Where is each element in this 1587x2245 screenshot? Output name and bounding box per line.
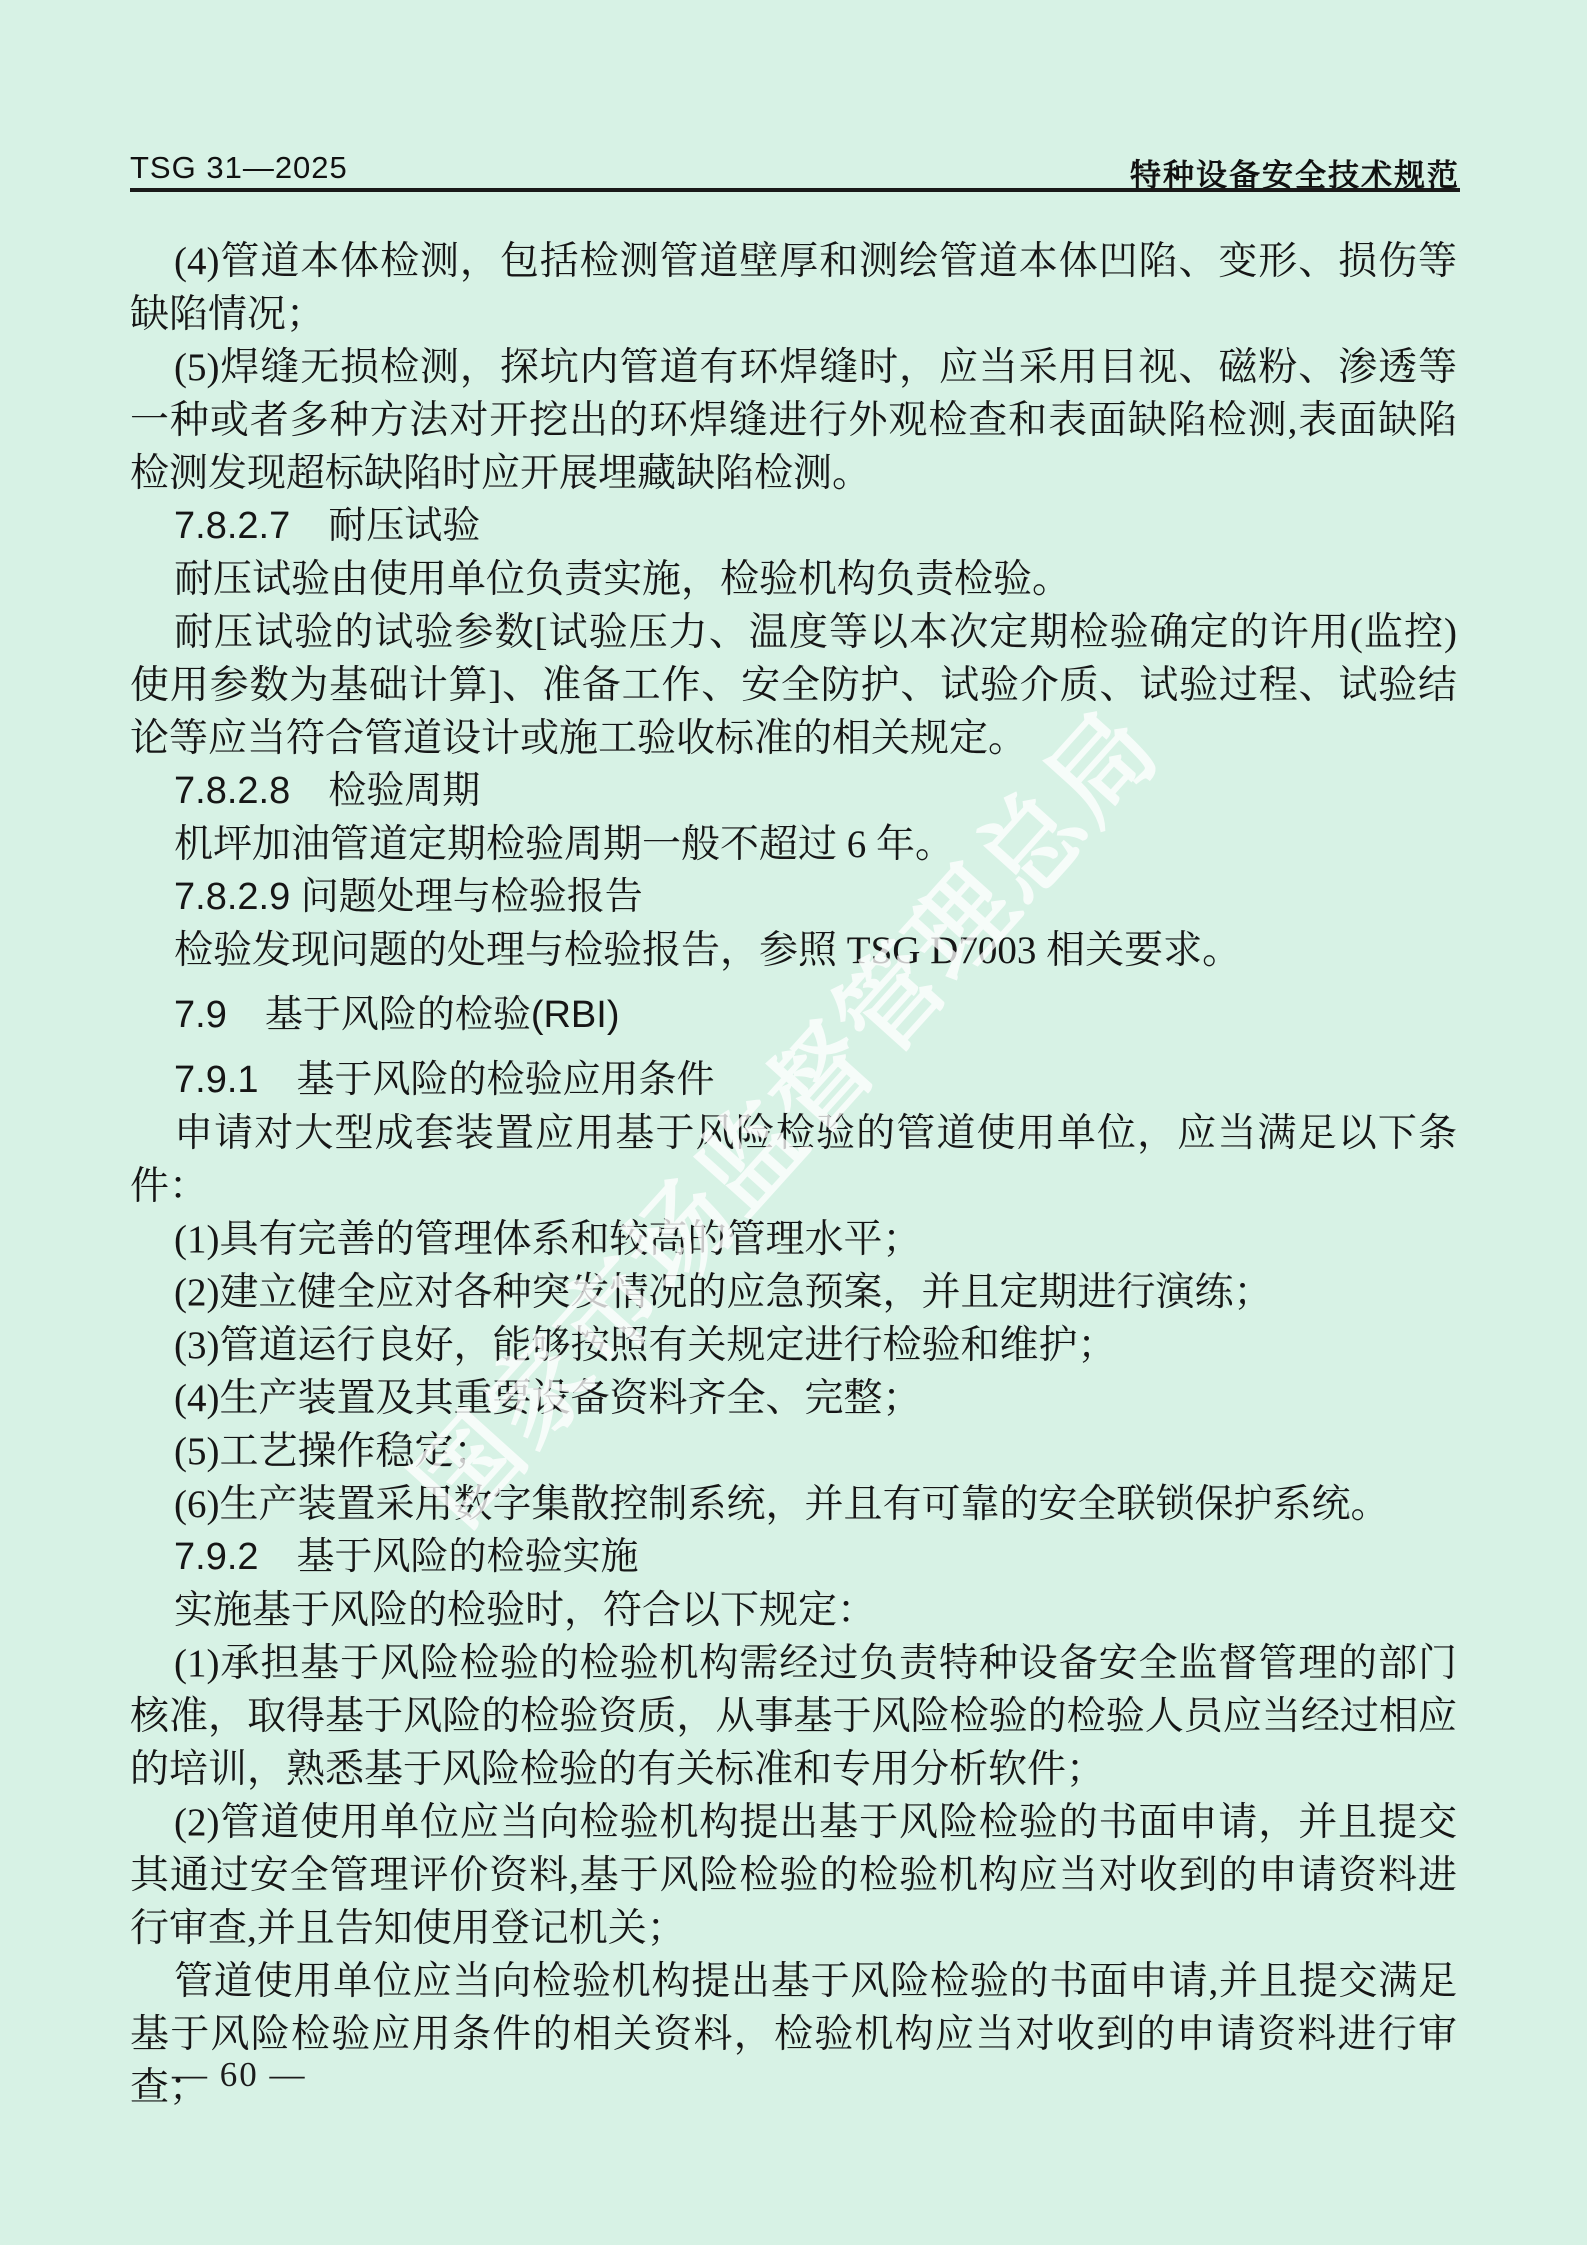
document-body: (4)管道本体检测，包括检测管道壁厚和测绘管道本体凹陷、变形、损伤等缺陷情况； … <box>130 235 1457 2114</box>
section-heading: 7.8.2.8 检验周期 <box>130 765 1457 818</box>
paragraph: (5)工艺操作稳定； <box>130 1425 1457 1478</box>
header-rule <box>130 188 1460 192</box>
paragraph: (2)建立健全应对各种突发情况的应急预案，并且定期进行演练； <box>130 1266 1457 1319</box>
section-heading: 7.8.2.9 问题处理与检验报告 <box>130 871 1457 924</box>
paragraph: 实施基于风险的检验时，符合以下规定： <box>130 1584 1457 1637</box>
paragraph: (4)生产装置及其重要设备资料齐全、完整； <box>130 1372 1457 1425</box>
paragraph: (5)焊缝无损检测，探坑内管道有环焊缝时，应当采用目视、磁粉、渗透等一种或者多种… <box>130 341 1457 500</box>
section-heading: 7.9.1 基于风险的检验应用条件 <box>130 1054 1457 1107</box>
paragraph: (1)具有完善的管理体系和较高的管理水平； <box>130 1213 1457 1266</box>
section-heading: 7.9 基于风险的检验(RBI) <box>130 989 1457 1042</box>
document-page: TSG 31—2025 特种设备安全技术规范 (4)管道本体检测，包括检测管道壁… <box>0 0 1587 2245</box>
header-doc-code: TSG 31—2025 <box>130 150 348 186</box>
paragraph: (2)管道使用单位应当向检验机构提出基于风险检验的书面申请，并且提交其通过安全管… <box>130 1796 1457 1955</box>
paragraph: (4)管道本体检测，包括检测管道壁厚和测绘管道本体凹陷、变形、损伤等缺陷情况； <box>130 235 1457 341</box>
paragraph: (1)承担基于风险检验的检验机构需经过负责特种设备安全监督管理的部门核准，取得基… <box>130 1637 1457 1796</box>
paragraph: 耐压试验的试验参数[试验压力、温度等以本次定期检验确定的许用(监控)使用参数为基… <box>130 606 1457 765</box>
section-heading: 7.8.2.7 耐压试验 <box>130 500 1457 553</box>
paragraph: 机坪加油管道定期检验周期一般不超过 6 年。 <box>130 818 1457 871</box>
page-number: — 60 — <box>172 2055 307 2095</box>
paragraph: 耐压试验由使用单位负责实施，检验机构负责检验。 <box>130 553 1457 606</box>
paragraph: 管道使用单位应当向检验机构提出基于风险检验的书面申请,并且提交满足基于风险检验应… <box>130 1955 1457 2114</box>
section-heading: 7.9.2 基于风险的检验实施 <box>130 1531 1457 1584</box>
paragraph: (6)生产装置采用数字集散控制系统，并且有可靠的安全联锁保护系统。 <box>130 1478 1457 1531</box>
paragraph: 检验发现问题的处理与检验报告，参照 TSG D7003 相关要求。 <box>130 924 1457 977</box>
paragraph: 申请对大型成套装置应用基于风险检验的管道使用单位，应当满足以下条件： <box>130 1107 1457 1213</box>
paragraph: (3)管道运行良好，能够按照有关规定进行检验和维护； <box>130 1319 1457 1372</box>
